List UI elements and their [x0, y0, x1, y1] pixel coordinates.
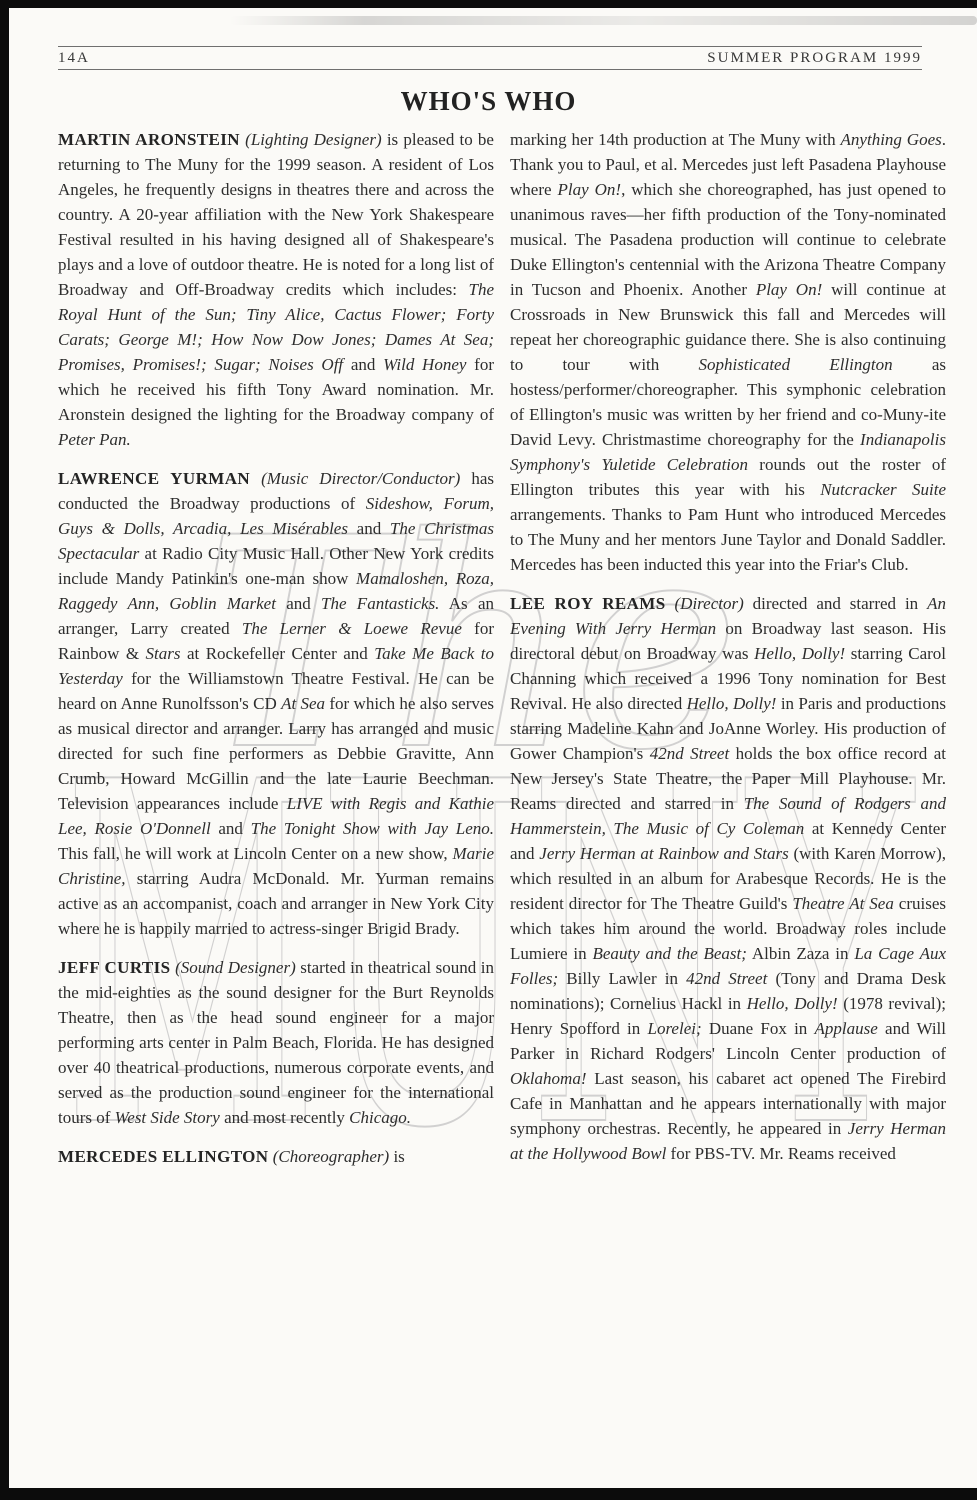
scan-artifact	[230, 16, 977, 25]
page-header: 14A SUMMER PROGRAM 1999	[58, 46, 922, 70]
page-number: 14A	[58, 50, 90, 67]
bio-columns: MARTIN ARONSTEIN (Lighting Designer) is …	[58, 127, 946, 1477]
bio-jeff-curtis: JEFF CURTIS (Sound Designer) started in …	[58, 955, 494, 1130]
bio-lee-roy-reams: LEE ROY REAMS (Director) directed and st…	[510, 591, 946, 1166]
scan-edge-bottom	[0, 1488, 977, 1500]
left-column: MARTIN ARONSTEIN (Lighting Designer) is …	[58, 127, 494, 1477]
bio-mercedes-ellington-continued: marking her 14th production at The Muny …	[510, 127, 946, 577]
bio-mercedes-ellington-start: MERCEDES ELLINGTON (Choreographer) is	[58, 1144, 494, 1169]
header-program-title: SUMMER PROGRAM 1999	[707, 50, 922, 67]
bio-martin-aronstein: MARTIN ARONSTEIN (Lighting Designer) is …	[58, 127, 494, 452]
scan-edge-left	[0, 0, 9, 1500]
right-column: marking her 14th production at The Muny …	[510, 127, 946, 1477]
page-title: WHO'S WHO	[0, 86, 977, 117]
program-page: The MUNY 14A SUMMER PROGRAM 1999 WHO'S W…	[0, 0, 977, 1500]
bio-lawrence-yurman: LAWRENCE YURMAN (Music Director/Conducto…	[58, 466, 494, 941]
scan-edge-top	[0, 0, 977, 8]
